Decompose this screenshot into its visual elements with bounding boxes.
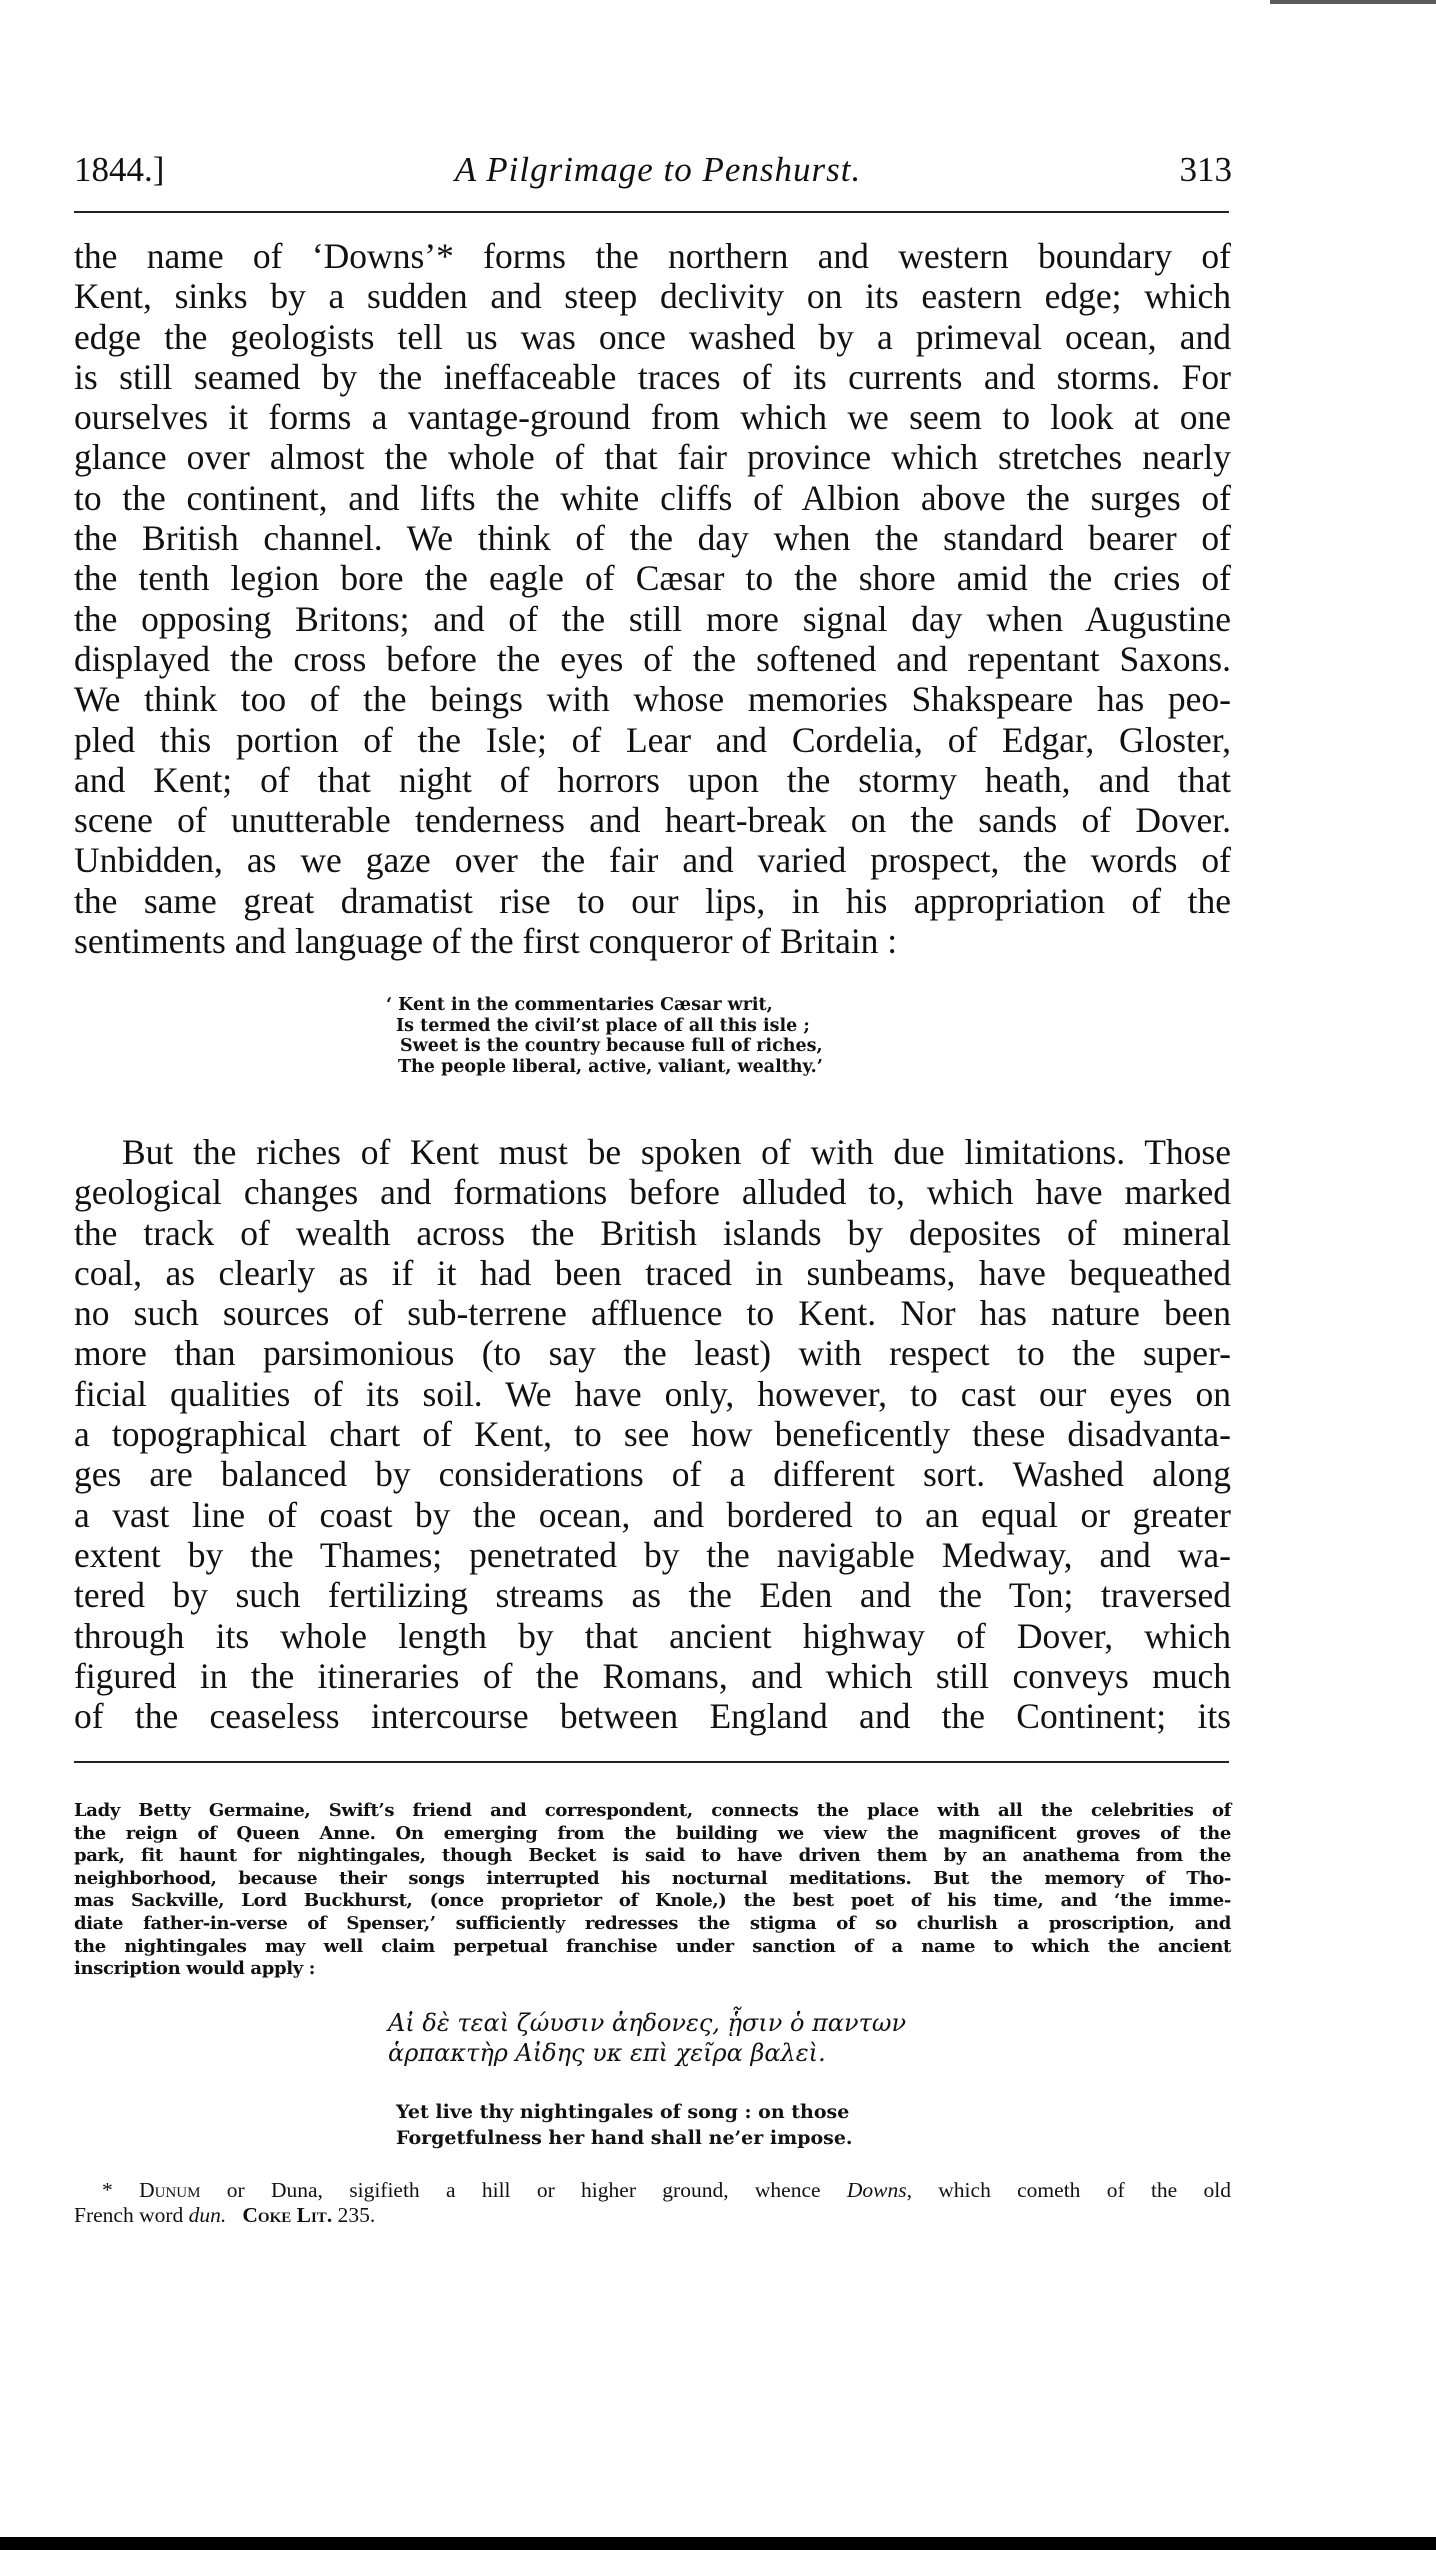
shakespeare-quote: ‘ Kent in the commentaries Cæsar writ, I… (386, 995, 823, 1077)
footnote-line: park, fit haunt for nightingales, though… (74, 1845, 1231, 1868)
text-line: the track of wealth across the British i… (74, 1213, 1231, 1253)
header-title: A Pilgrimage to Penshurst. (74, 150, 1232, 190)
text-line: the opposing Britons; and of the still m… (74, 599, 1231, 639)
text-line: extent by the Thames; penetrated by the … (74, 1535, 1231, 1575)
text-line: ficial qualities of its soil. We have on… (74, 1374, 1231, 1414)
text-line: geological changes and formations before… (74, 1172, 1231, 1212)
paragraph-1: the name of ‘Downs’* forms the northern … (74, 236, 1231, 961)
footnote-line: inscription would apply : (74, 1958, 1231, 1981)
quote-line: Sweet is the country because full of ric… (386, 1036, 823, 1057)
text-line: scene of unutterable tenderness and hear… (74, 800, 1231, 840)
text-line: Unbidden, as we gaze over the fair and v… (74, 840, 1231, 880)
footnote-line: French word dun. Coke Lit. 235. (74, 2203, 1231, 2228)
text-line: the British channel. We think of the day… (74, 518, 1231, 558)
verse-translation: Yet live thy nightingales of song : on t… (396, 2099, 853, 2151)
verse-line: Forgetfulness her hand shall ne’er impos… (396, 2125, 853, 2151)
page-number: 313 (1180, 150, 1233, 190)
quote-line: ‘ Kent in the commentaries Cæsar writ, (386, 995, 823, 1016)
text-line: no such sources of sub-terrene affluence… (74, 1293, 1231, 1333)
greek-inscription: Αἰ δὲ τεαὶ ζώυσιν ἀηδονες, ᾗσιν ὁ παντων… (388, 2008, 906, 2068)
scan-edge-bottom (0, 2537, 1436, 2550)
quote-line: Is termed the civil’st place of all this… (386, 1016, 823, 1037)
text-line: figured in the itineraries of the Romans… (74, 1656, 1231, 1696)
footnote-line: the nightingales may well claim perpetua… (74, 1936, 1231, 1959)
text-line: Kent, sinks by a sudden and steep decliv… (74, 276, 1231, 316)
citation-page: 235. (338, 2203, 376, 2227)
text-line: sentiments and language of the first con… (74, 921, 1231, 961)
text-line: tered by such fertilizing streams as the… (74, 1575, 1231, 1615)
text-line: the same great dramatist rise to our lip… (74, 881, 1231, 921)
footnote-line: mas Sackville, Lord Buckhurst, (once pro… (74, 1890, 1231, 1913)
footnote-text: or Duna, sigifieth a hill or higher grou… (200, 2178, 846, 2202)
text-line: ourselves it forms a vantage-ground from… (74, 397, 1231, 437)
text-line: a topographical chart of Kent, to see ho… (74, 1414, 1231, 1454)
text-line: edge the geologists tell us was once was… (74, 317, 1231, 357)
text-line: and Kent; of that night of horrors upon … (74, 760, 1231, 800)
text-line: more than parsimonious (to say the least… (74, 1333, 1231, 1373)
running-header: 1844.] A Pilgrimage to Penshurst. 313 (74, 150, 1232, 194)
footnote-text: French word (74, 2203, 189, 2227)
text-line: is still seamed by the ineffaceable trac… (74, 357, 1231, 397)
text-line: pled this portion of the Isle; of Lear a… (74, 720, 1231, 760)
footnote-marker: * (102, 2178, 113, 2202)
footnote-italic-word: dun. (189, 2203, 227, 2227)
footnote-rule (74, 1761, 1229, 1763)
footnote-line: Lady Betty Germaine, Swift’s friend and … (74, 1800, 1231, 1823)
text-line: glance over almost the whole of that fai… (74, 437, 1231, 477)
text-line: to the continent, and lifts the white cl… (74, 478, 1231, 518)
text-line: through its whole length by that ancient… (74, 1616, 1231, 1656)
text-line: coal, as clearly as if it had been trace… (74, 1253, 1231, 1293)
paragraph-2: But the riches of Kent must be spoken of… (74, 1132, 1231, 1736)
quote-line: The people liberal, active, valiant, wea… (386, 1057, 823, 1078)
text-line: the tenth legion bore the eagle of Cæsar… (74, 558, 1231, 598)
footnote-continuation: Lady Betty Germaine, Swift’s friend and … (74, 1800, 1231, 1981)
downs-footnote: * Dunum or Duna, sigifieth a hill or hig… (74, 2178, 1231, 2228)
text-line: We think too of the beings with whose me… (74, 679, 1231, 719)
document-page: 1844.] A Pilgrimage to Penshurst. 313 th… (0, 0, 1436, 2550)
text-line: ges are balanced by considerations of a … (74, 1454, 1231, 1494)
greek-line: Αἰ δὲ τεαὶ ζώυσιν ἀηδονες, ᾗσιν ὁ παντων (388, 2008, 906, 2038)
citation-source: Coke Lit. (242, 2203, 332, 2227)
greek-line: ἁρπακτὴρ Αἰδης υκ επὶ χεῖρα βαλεὶ. (388, 2038, 906, 2068)
footnote-line: * Dunum or Duna, sigifieth a hill or hig… (74, 2178, 1231, 2203)
footnote-line: the reign of Queen Anne. On emerging fro… (74, 1823, 1231, 1846)
text-line: displayed the cross before the eyes of t… (74, 639, 1231, 679)
text-line: the name of ‘Downs’* forms the northern … (74, 236, 1231, 276)
scan-artifact-top (1270, 0, 1436, 4)
footnote-text: , which cometh of the old (907, 2178, 1231, 2202)
footnote-italic-word: Downs (847, 2178, 907, 2202)
footnote-line: neighborhood, because their songs interr… (74, 1868, 1231, 1891)
header-rule (74, 211, 1229, 213)
text-line: But the riches of Kent must be spoken of… (74, 1132, 1231, 1172)
text-line: a vast line of coast by the ocean, and b… (74, 1495, 1231, 1535)
verse-line: Yet live thy nightingales of song : on t… (396, 2099, 853, 2125)
text-line: of the ceaseless intercourse between Eng… (74, 1696, 1231, 1736)
footnote-term: Dunum (139, 2178, 200, 2202)
footnote-line: diate father-in-verse of Spenser,’ suffi… (74, 1913, 1231, 1936)
